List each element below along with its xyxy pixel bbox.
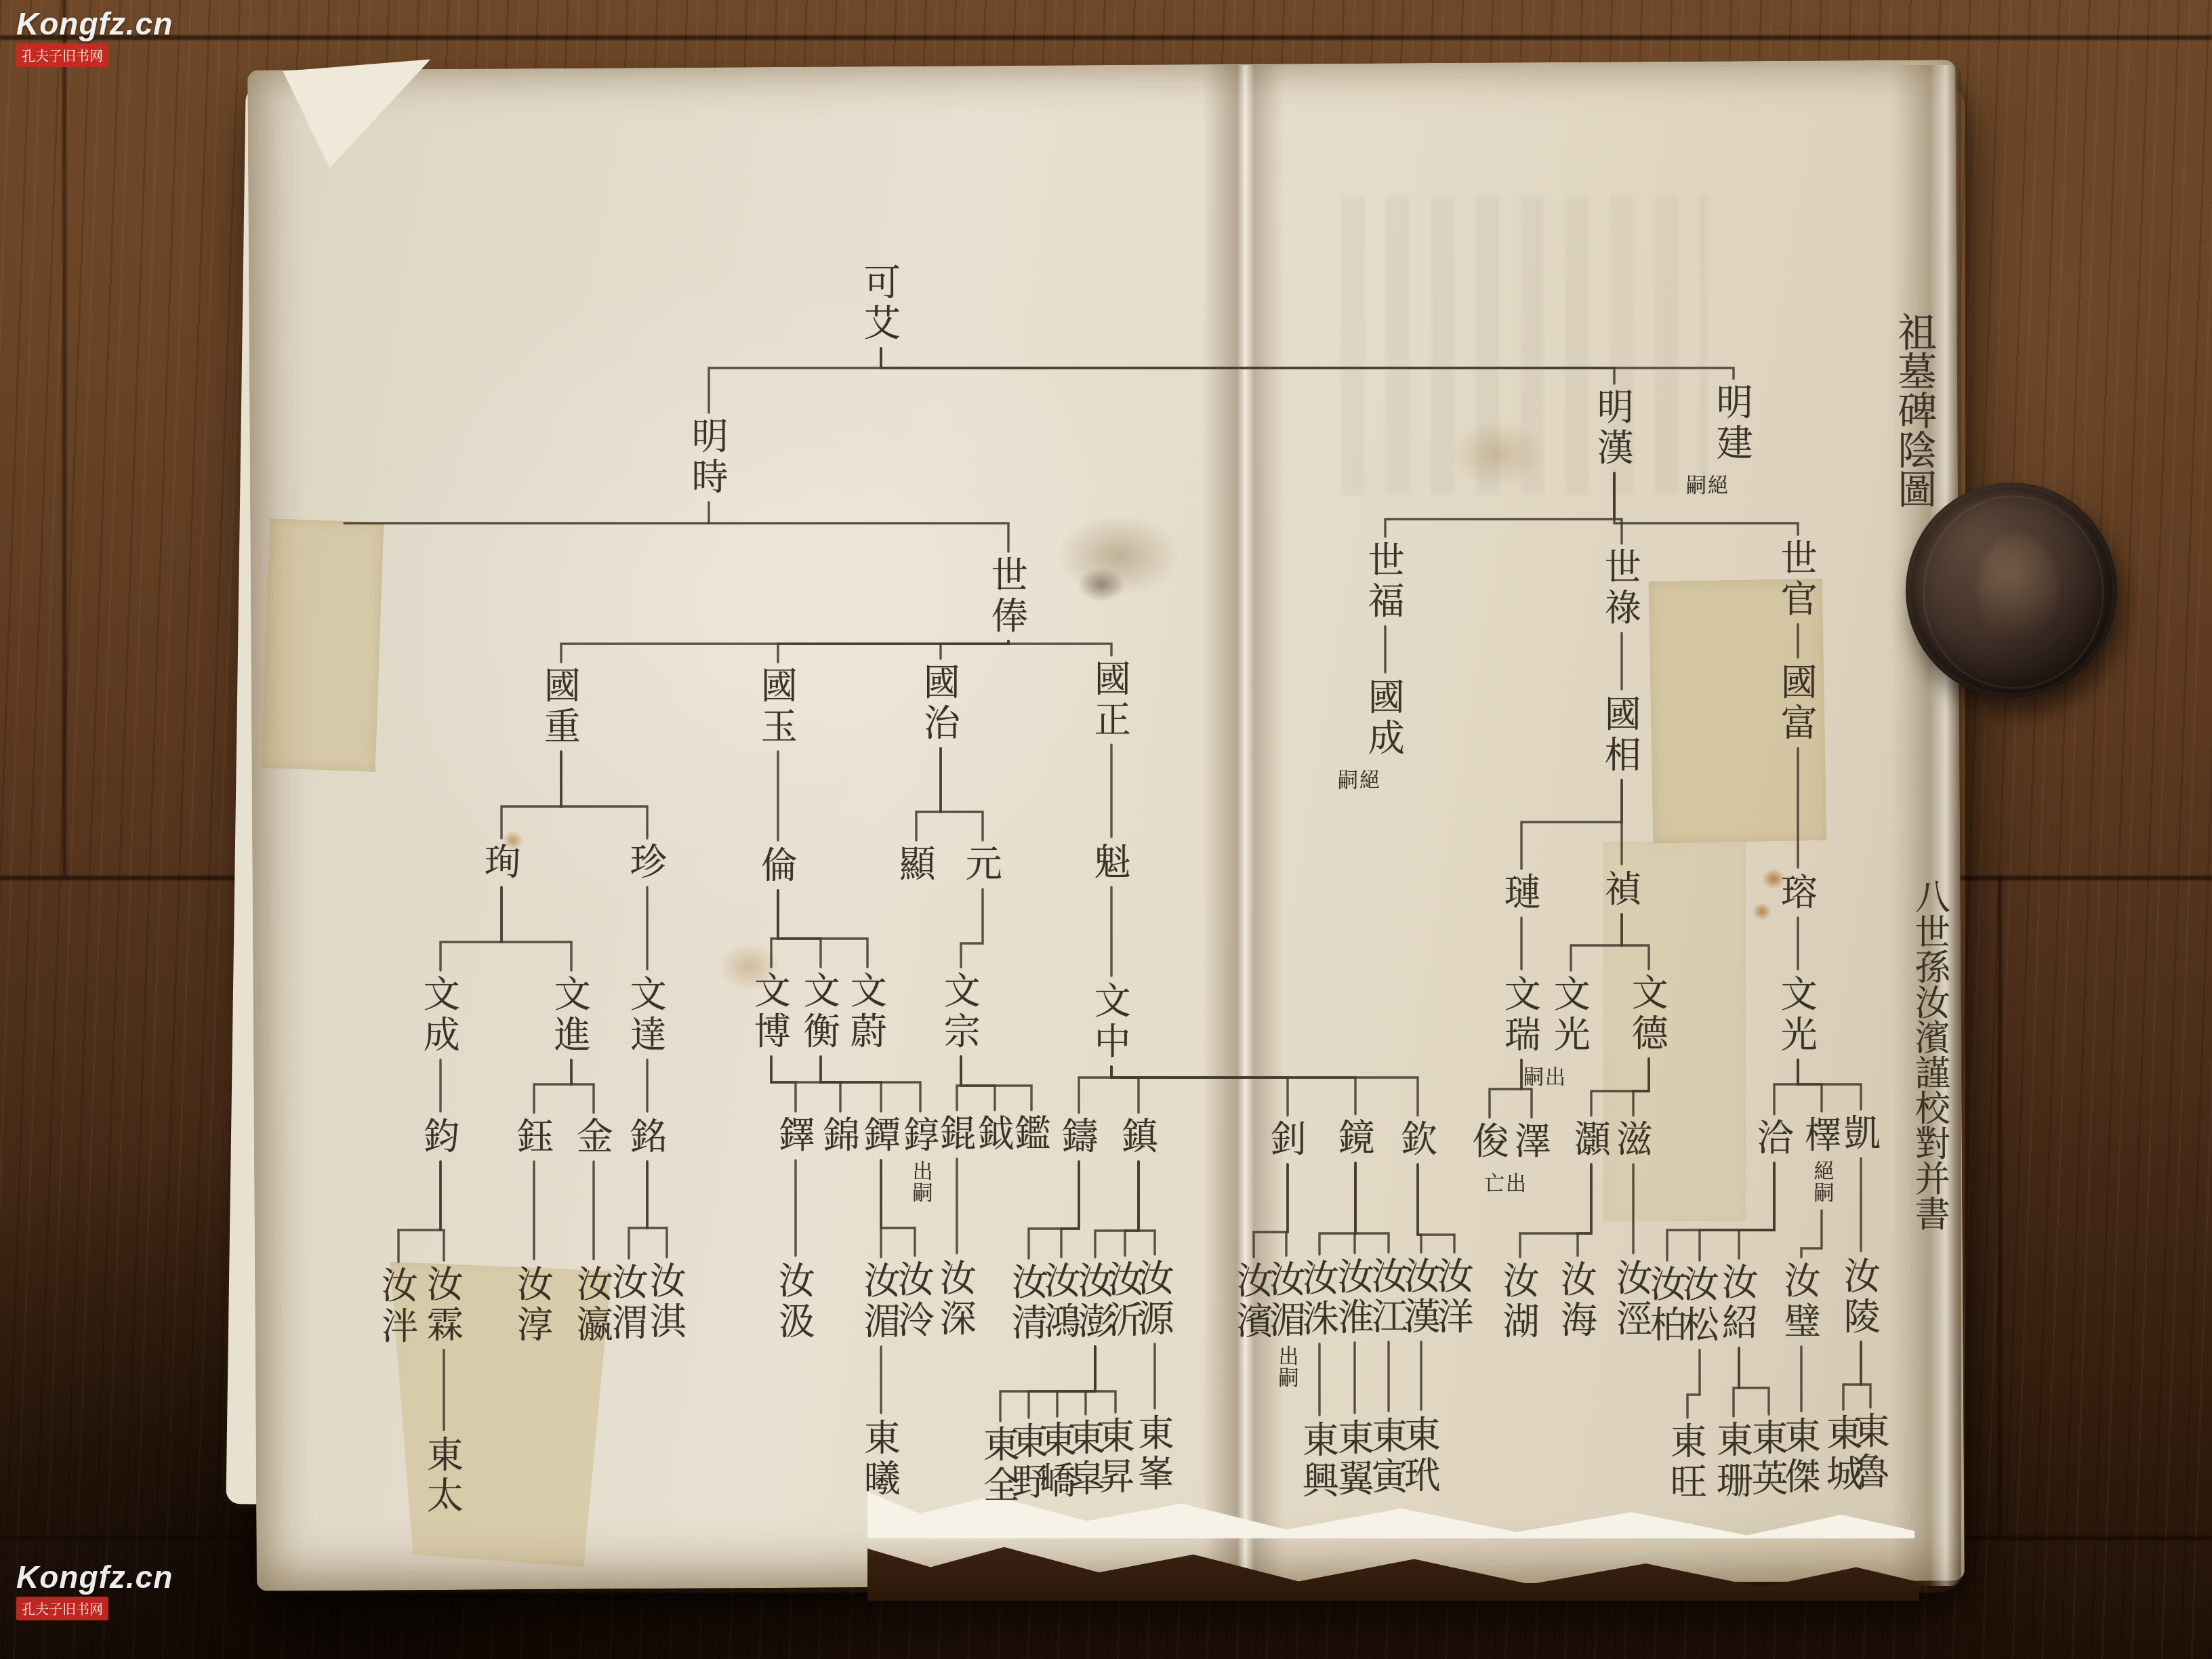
- tree-node-zhenr: 禎: [1601, 869, 1638, 910]
- tree-node-ruji: 汝汲: [775, 1261, 812, 1343]
- tree-note-chun: 出嗣: [909, 1160, 931, 1204]
- tree-node-wencheng: 文成: [420, 975, 457, 1056]
- tree-node-ruwei: 汝渭: [609, 1263, 645, 1344]
- tree-node-rubi: 汝璧: [1781, 1261, 1818, 1343]
- tree-node-shilu: 世祿: [1601, 548, 1638, 629]
- tree-node-xian: 顯: [896, 844, 933, 885]
- tree-note-rumei2: 出嗣: [1275, 1345, 1297, 1389]
- tree-node-duo: 鐸: [775, 1115, 812, 1156]
- tree-node-dongdai: 東玳: [1401, 1415, 1437, 1496]
- watermark-bottom-left: Kongfz.cn 孔夫子旧书网: [16, 1559, 173, 1620]
- tree-node-yuan: 元: [962, 844, 999, 885]
- watermark-logo: Kongfz.cn: [16, 1559, 173, 1595]
- tree-node-ruchun: 汝淳: [514, 1265, 550, 1346]
- tree-note-guocheng: 嗣絕: [1338, 763, 1381, 793]
- watermark-top-left: Kongfz.cn 孔夫子旧书网: [16, 5, 173, 67]
- tree-node-zhai: 檡: [1801, 1115, 1838, 1156]
- tree-node-dongwang: 東旺: [1667, 1422, 1704, 1503]
- tree-node-kun: 錕: [937, 1114, 973, 1155]
- tree-node-jian: 鑑: [1011, 1114, 1048, 1155]
- tree-node-rusong: 汝松: [1679, 1265, 1716, 1346]
- tree-node-guozhong: 國重: [541, 666, 577, 747]
- chart-title: 祖墓碑陰圖: [1884, 312, 1944, 508]
- tree-node-zhen2: 鎮: [1118, 1117, 1155, 1158]
- tree-node-ruyuan: 汝源: [1134, 1258, 1171, 1340]
- tree-node-guocheng: 國成: [1365, 678, 1401, 759]
- tree-node-wenheng: 文衡: [800, 971, 837, 1052]
- tree-node-dongxing: 東興: [1299, 1420, 1336, 1502]
- tree-node-rong: 瑢: [1778, 873, 1814, 914]
- tree-node-dongsheng: 東昇: [1095, 1416, 1132, 1498]
- tree-node-ruyang: 汝洋: [1434, 1256, 1471, 1338]
- tree-node-guozheng: 國正: [1091, 659, 1128, 741]
- tree-node-yue: 鉞: [975, 1114, 1011, 1155]
- tree-node-dongfeng: 東峯: [1134, 1414, 1171, 1495]
- tree-node-minghan: 明漢: [1594, 388, 1631, 469]
- tree-node-guofu: 國富: [1778, 663, 1814, 744]
- tree-node-wenzhong: 文中: [1091, 981, 1128, 1063]
- tree-node-rushao: 汝紹: [1719, 1263, 1755, 1344]
- tree-node-wenwei: 文蔚: [847, 971, 884, 1052]
- tree-note-mingjian: 嗣絕: [1686, 468, 1729, 498]
- tree-node-wenbo: 文博: [751, 971, 787, 1052]
- tree-node-kui: 魁: [1091, 842, 1128, 883]
- tree-node-rulin: 汝霖: [424, 1265, 460, 1346]
- tree-node-lun: 倫: [758, 846, 794, 886]
- tree-node-wenjin: 文進: [551, 975, 588, 1056]
- tree-node-zi: 滋: [1613, 1120, 1650, 1160]
- tree-node-shifu: 世福: [1365, 541, 1401, 622]
- tree-node-jun: 鈞: [420, 1117, 457, 1158]
- tree-node-jing: 鏡: [1335, 1118, 1372, 1159]
- tree-node-xun: 珣: [481, 842, 518, 883]
- tree-node-ruhu: 汝湖: [1500, 1261, 1536, 1343]
- tree-node-zhu: 鑄: [1059, 1117, 1095, 1158]
- tree-node-wenzong: 文宗: [941, 971, 977, 1052]
- tree-node-guoyu: 國玉: [758, 666, 794, 747]
- tree-node-tan: 鐔: [861, 1115, 897, 1156]
- tree-node-wenguang2: 文光: [1778, 975, 1814, 1056]
- tree-node-qia: 洽: [1754, 1118, 1790, 1159]
- tree-node-yu2: 鈺: [514, 1117, 550, 1158]
- tree-node-wenguang1: 文光: [1551, 975, 1587, 1056]
- tree-node-rupan: 汝泮: [378, 1266, 415, 1347]
- tree-note-ze: 亡出: [1484, 1166, 1528, 1196]
- tree-node-wenda: 文達: [627, 975, 663, 1056]
- tree-node-chun: 錞: [900, 1115, 937, 1156]
- colophon: 八世孫汝濱謹校對并書: [1908, 878, 1949, 1231]
- tree-node-donglu: 東魯: [1850, 1412, 1887, 1493]
- tree-node-mingshi: 明時: [689, 417, 725, 498]
- tree-node-ming2: 銘: [627, 1117, 663, 1158]
- tree-node-wende: 文德: [1629, 973, 1665, 1054]
- watermark-tag: 孔夫子旧书网: [16, 1597, 108, 1620]
- tree-node-mingjian: 明建: [1713, 383, 1750, 464]
- tree-node-keai: 可艾: [861, 263, 897, 344]
- tree-node-dongjie: 東傑: [1781, 1416, 1818, 1498]
- tree-node-guoxiang: 國相: [1601, 695, 1638, 776]
- tree-note-wenguang1: 嗣出: [1523, 1060, 1567, 1090]
- tree-node-wenrui: 文瑞: [1501, 975, 1538, 1056]
- tree-node-jin: 金: [573, 1117, 610, 1158]
- tree-node-jin2: 錦: [820, 1115, 857, 1156]
- tree-node-zhen: 珍: [627, 842, 663, 883]
- tree-node-shifeng: 世俸: [988, 556, 1025, 637]
- tree-node-rushen: 汝深: [937, 1258, 973, 1340]
- tree-node-ruhai: 汝海: [1557, 1260, 1594, 1341]
- tree-node-dongshan: 東珊: [1713, 1420, 1750, 1502]
- tree-node-ze: 澤: [1511, 1122, 1548, 1162]
- tree-node-ruqi: 汝淇: [647, 1261, 683, 1343]
- tree-node-qin: 欽: [1397, 1120, 1434, 1160]
- genealogy-connector-lines: [0, 0, 2212, 1659]
- tree-node-hao: 灝: [1571, 1120, 1607, 1160]
- tree-node-shiguan: 世官: [1778, 539, 1814, 620]
- tree-node-ruling2: 汝陵: [1841, 1256, 1877, 1338]
- tree-node-ruling: 汝泠: [895, 1260, 931, 1341]
- tree-node-ruzhu: 汝洙: [1299, 1258, 1336, 1340]
- tree-node-ruying: 汝瀛: [573, 1265, 610, 1346]
- tree-node-jun2: 俊: [1469, 1122, 1506, 1162]
- tree-node-kai: 凱: [1841, 1113, 1877, 1154]
- tree-node-dongtai: 東太: [424, 1435, 460, 1517]
- tree-node-dongxi: 東曦: [861, 1418, 897, 1500]
- tree-note-zhai: 絕嗣: [1811, 1160, 1832, 1204]
- tree-node-zhao: 釗: [1267, 1120, 1304, 1160]
- tree-node-guozhi: 國治: [920, 663, 957, 744]
- photo-of-genealogy-manuscript: 可艾明時明漢明建嗣絕世俸世福世祿世官國重國玉國治國正國成嗣絕國相國富珣珍倫顯元魁…: [0, 0, 2212, 1659]
- watermark-logo: Kongfz.cn: [16, 5, 173, 42]
- watermark-tag: 孔夫子旧书网: [16, 43, 108, 67]
- tree-node-lian: 璉: [1501, 873, 1538, 914]
